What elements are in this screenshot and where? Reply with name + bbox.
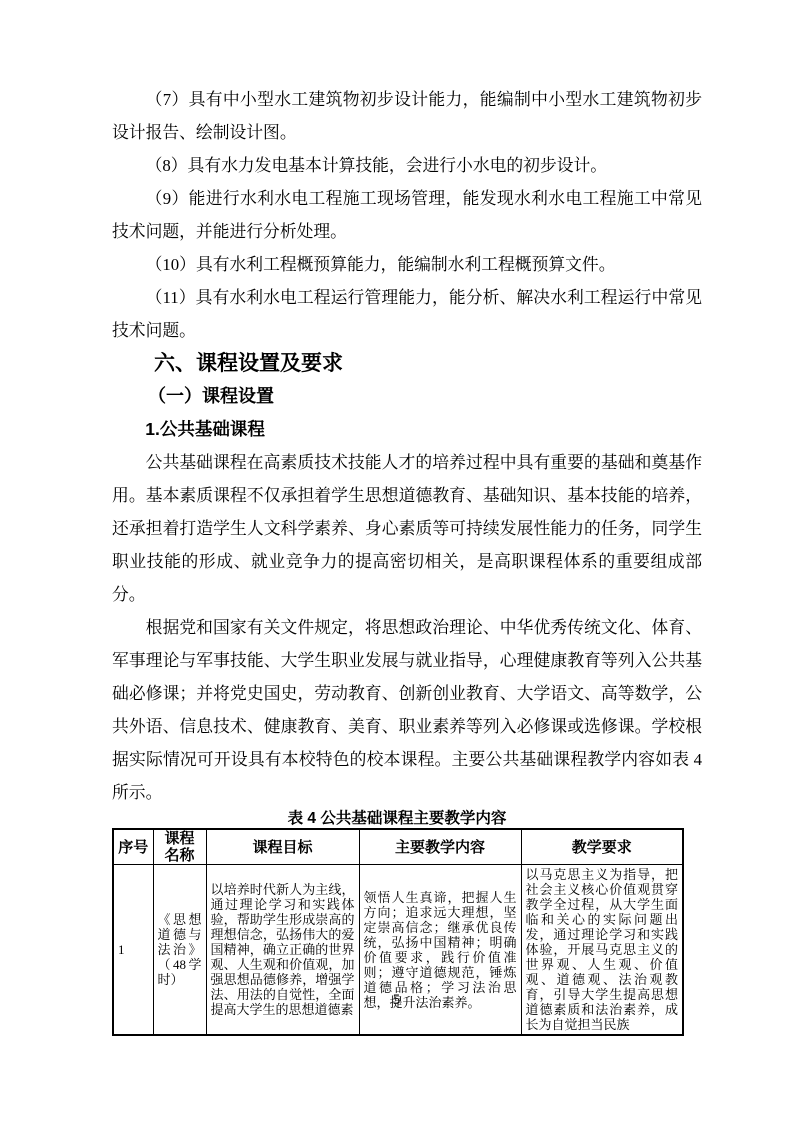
body-paragraph-2: 根据党和国家有关文件规定，将思想政治理论、中华优秀传统文化、体育、军事理论与军事…: [112, 611, 702, 809]
column-header-objectives: 课程目标: [206, 829, 359, 865]
paragraph-item-8: （8）具有水力发电基本计算技能，会进行小水电的初步设计。: [112, 149, 702, 182]
document-page: （7）具有中小型水工建筑物初步设计能力，能编制中小型水工建筑物初步设计报告、绘制…: [0, 0, 793, 1122]
paragraph-item-7: （7）具有中小型水工建筑物初步设计能力，能编制中小型水工建筑物初步设计报告、绘制…: [112, 83, 702, 149]
column-header-course-name: 课程名称: [153, 829, 206, 865]
paragraph-item-11: （11）具有水利水电工程运行管理能力，能分析、解决水利工程运行中常见技术问题。: [112, 281, 702, 347]
column-header-index: 序号: [113, 829, 153, 865]
paragraph-item-9: （9）能进行水利水电工程施工现场管理，能发现水利水电工程施工中常见技术问题，并能…: [112, 182, 702, 248]
table-caption: 表 4 公共基础课程主要教学内容: [112, 809, 682, 828]
page-number: 5: [0, 990, 793, 1010]
document-content: （7）具有中小型水工建筑物初步设计能力，能编制中小型水工建筑物初步设计报告、绘制…: [112, 83, 702, 1036]
subsubsection-heading: 1.公共基础课程: [112, 413, 702, 446]
paragraph-item-10: （10）具有水利工程概预算能力，能编制水利工程概预算文件。: [112, 248, 702, 281]
body-paragraph-1: 公共基础课程在高素质技术技能人才的培养过程中具有重要的基础和奠基作用。基本素质课…: [112, 446, 702, 611]
subsection-heading: （一）课程设置: [112, 380, 702, 413]
section-heading: 六、课程设置及要求: [112, 347, 702, 380]
column-header-requirements: 教学要求: [521, 829, 683, 865]
table-header-row: 序号 课程名称 课程目标 主要教学内容 教学要求: [113, 829, 683, 865]
column-header-content: 主要教学内容: [359, 829, 521, 865]
course-table-header: 序号 课程名称 课程目标 主要教学内容 教学要求: [113, 829, 683, 865]
